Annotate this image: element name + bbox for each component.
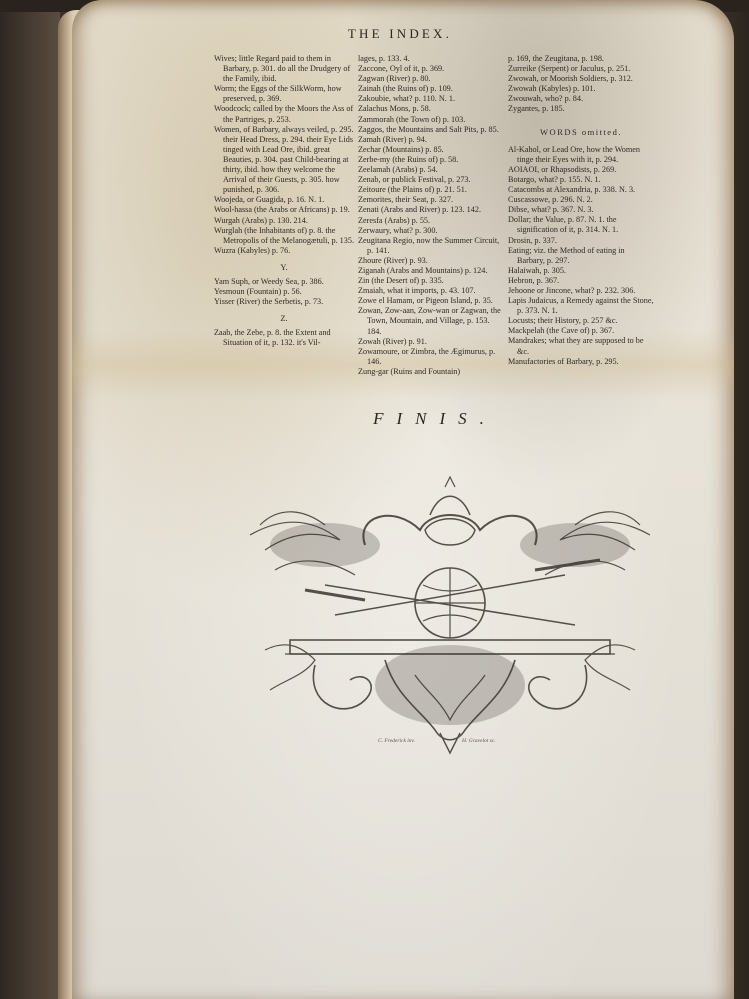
index-entry: Zeugitana Regio, now the Summer Circuit,… <box>358 236 504 256</box>
index-entry: Yam Suph, or Weedy Sea, p. 386. <box>214 277 354 287</box>
index-entry: Wurgah (Arabs) p. 130. 214. <box>214 216 354 226</box>
index-entry: Zeresfa (Arabs) p. 55. <box>358 216 504 226</box>
index-entry: Zowan, Zow-aan, Zow-wan or Zagwan, the T… <box>358 306 504 336</box>
index-entry: Zowah (River) p. 91. <box>358 337 504 347</box>
index-entry: Zmaiah, what it imports, p. 43. 107. <box>358 286 504 296</box>
index-entry: p. 169, the Zeugitana, p. 198. <box>508 54 654 64</box>
index-entry: Zaccone, Oyl of it, p. 369. <box>358 64 504 74</box>
index-entry: Zowamoure, or Zimbra, the Ægimurus, p. 1… <box>358 347 504 367</box>
index-entry: Wurglah (the Inhabitants of) p. 8. the M… <box>214 226 354 246</box>
index-entry: Wives; little Regard paid to them in Bar… <box>214 54 354 84</box>
page-content: THE INDEX. Wives; little Regard paid to … <box>0 0 749 999</box>
index-column-2: lages, p. 133. 4.Zaccone, Oyl of it, p. … <box>358 54 504 377</box>
index-entry: AOIAOI, or Rhapsodists, p. 269. <box>508 165 654 175</box>
index-entry: Worm; the Eggs of the SilkWorm, how pres… <box>214 84 354 104</box>
index-entry: Yisser (River) the Serbetis, p. 73. <box>214 297 354 307</box>
running-head: THE INDEX. <box>340 26 460 42</box>
index-entry: lages, p. 133. 4. <box>358 54 504 64</box>
index-entry: Ziganah (Arabs and Mountains) p. 124. <box>358 266 504 276</box>
index-entry: Zerbe-my (the Ruins of) p. 58. <box>358 155 504 165</box>
index-entry: Zaab, the Zebe, p. 8. the Extent and Sit… <box>214 328 354 348</box>
index-entry: Catacombs at Alexandria, p. 338. N. 3. <box>508 185 654 195</box>
index-entry: Drosin, p. 337. <box>508 236 654 246</box>
index-entry: Zhoure (River) p. 93. <box>358 256 504 266</box>
index-entry: Mackpelah (the Cave of) p. 367. <box>508 326 654 336</box>
index-entry: Lapis Judaicus, a Remedy against the Sto… <box>508 296 654 316</box>
index-entry: Zurreike (Serpent) or Jaculus, p. 251. <box>508 64 654 74</box>
index-entry: Hebron, p. 367. <box>508 276 654 286</box>
index-entry: Woojeda, or Guagida, p. 16. N. 1. <box>214 195 354 205</box>
index-entry: Zwowah, or Moorish Soldiers, p. 312. <box>508 74 654 84</box>
index-entry: Women, of Barbary, always veiled, p. 295… <box>214 125 354 196</box>
index-entry: Locusts; their History, p. 257 &c. <box>508 316 654 326</box>
index-entry: Zalachus Mons, p. 58. <box>358 104 504 114</box>
index-column-3: p. 169, the Zeugitana, p. 198.Zurreike (… <box>508 54 654 367</box>
index-entry: Zung-gar (Ruins and Fountain) <box>358 367 504 377</box>
index-entry: Zeelamah (Arabs) p. 54. <box>358 165 504 175</box>
index-entry: Zamah (River) p. 94. <box>358 135 504 145</box>
index-entry: Woodcock; called by the Moors the Ass of… <box>214 104 354 124</box>
index-entry: Zeitoure (the Plains of) p. 21. 51. <box>358 185 504 195</box>
index-entry: Zenati (Arabs and River) p. 123. 142. <box>358 205 504 215</box>
index-entry: Halaiwah, p. 305. <box>508 266 654 276</box>
index-entry: Al-Kahol, or Lead Ore, how the Women tin… <box>508 145 654 165</box>
index-entry: Yesmoun (Fountain) p. 56. <box>214 287 354 297</box>
finis-heading: FINIS. <box>340 409 530 429</box>
index-entry: Zechar (Mountains) p. 85. <box>358 145 504 155</box>
index-section-letter: Z. <box>214 313 354 323</box>
index-entry: Zenab, or publick Festival, p. 273. <box>358 175 504 185</box>
index-entry: Zammorah (the Town of) p. 103. <box>358 115 504 125</box>
index-entry: Zagwan (River) p. 80. <box>358 74 504 84</box>
index-entry: Zwouwah, who? p. 84. <box>508 94 654 104</box>
index-entry: Eating; viz. the Method of eating in Bar… <box>508 246 654 266</box>
index-section-heading: WORDS omitted. <box>508 127 654 137</box>
index-entry: Botargo, what? p. 155. N. 1. <box>508 175 654 185</box>
index-entry: Zowe el Hamam, or Pigeon Island, p. 35. <box>358 296 504 306</box>
index-entry: Dibse, what? p. 367. N. 3. <box>508 205 654 215</box>
index-entry: Zakoubie, what? p. 110. N. 1. <box>358 94 504 104</box>
index-entry: Mandrakes; what they are supposed to be … <box>508 336 654 356</box>
index-entry: Zwowah (Kabyles) p. 101. <box>508 84 654 94</box>
index-entry: Manufactories of Barbary, p. 295. <box>508 357 654 367</box>
index-entry: Zerwaury, what? p. 300. <box>358 226 504 236</box>
index-entry: Dollar; the Value, p. 87. N. 1. the sign… <box>508 215 654 235</box>
index-entry: Zaggos, the Mountains and Salt Pits, p. … <box>358 125 504 135</box>
index-entry: Zygantes, p. 185. <box>508 104 654 114</box>
index-section-letter: Y. <box>214 262 354 272</box>
index-entry: Zin (the Desert of) p. 335. <box>358 276 504 286</box>
index-entry: Jehoone or Jincone, what? p. 232. 306. <box>508 286 654 296</box>
engraved-vignette <box>245 475 655 755</box>
engraving-credit-designer: C. Frederick inv. <box>378 738 415 744</box>
index-entry: Wuzra (Kabyles) p. 76. <box>214 246 354 256</box>
index-entry: Wool-hassa (the Arabs or Africans) p. 19… <box>214 205 354 215</box>
engraving-credit-engraver: H. Gravelot sc. <box>462 738 496 744</box>
index-column-1: Wives; little Regard paid to them in Bar… <box>214 54 354 349</box>
index-entry: Zainah (the Ruins of) p. 109. <box>358 84 504 94</box>
index-entry: Zemorites, their Seat, p. 327. <box>358 195 504 205</box>
index-entry: Cuscassowe, p. 296. N. 2. <box>508 195 654 205</box>
